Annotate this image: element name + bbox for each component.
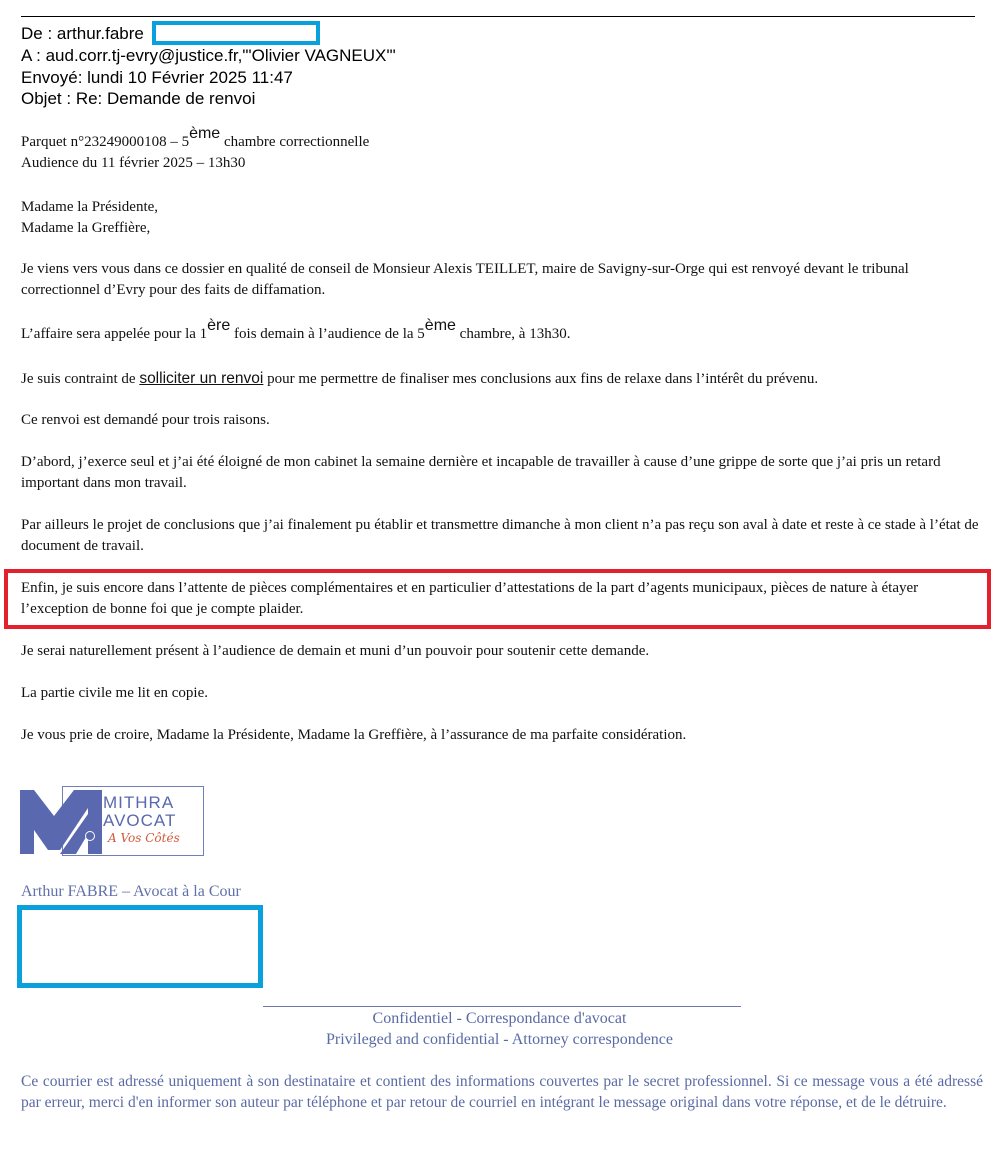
- case-number: Parquet n°23249000108 – 5: [21, 134, 189, 150]
- redaction-box-signature: [17, 905, 263, 988]
- paragraph-reason-3: Enfin, je suis encore dans l’attente de …: [21, 578, 981, 620]
- header-divider: [21, 16, 975, 17]
- paragraph-reason-1: D’abord, j’exerce seul et j’ai été éloig…: [21, 452, 981, 494]
- paragraph-reason-2: Par ailleurs le projet de conclusions qu…: [21, 515, 981, 557]
- confidential-notice-fr: Confidentiel - Correspondance d'avocat: [0, 1010, 999, 1028]
- paragraph-presence: Je serai naturellement présent à l’audie…: [21, 641, 981, 662]
- paragraph-reasons: Ce renvoi est demandé pour trois raisons…: [21, 410, 981, 431]
- ordinal-suffix: ème: [425, 317, 456, 334]
- logo-name-line-2: AVOCAT: [103, 812, 176, 830]
- text-segment: fois demain à l’audience de la 5: [230, 326, 425, 342]
- request-link[interactable]: solliciter un renvoi: [139, 370, 263, 387]
- email-from: De : arthur.fabre: [21, 23, 144, 45]
- email-sent: Envoyé: lundi 10 Février 2025 11:47: [21, 67, 293, 89]
- ma-monogram-icon: [20, 790, 104, 854]
- logo-tagline: A Vos Côtés: [108, 831, 180, 845]
- text-segment: L’affaire sera appelée pour la 1: [21, 326, 207, 342]
- subject-label: Objet :: [21, 89, 76, 108]
- ordinal-suffix: ème: [189, 125, 220, 142]
- redaction-box-from: [152, 21, 320, 45]
- from-label: De :: [21, 24, 57, 43]
- paragraph-hearing: L’affaire sera appelée pour la 1ère fois…: [21, 324, 981, 345]
- signature-name: Arthur FABRE – Avocat à la Cour: [21, 883, 241, 901]
- paragraph-closing: Je vous prie de croire, Madame la Présid…: [21, 725, 981, 746]
- from-value: arthur.fabre: [57, 24, 144, 43]
- paragraph-intro: Je viens vers vous dans ce dossier en qu…: [21, 259, 981, 301]
- to-label: A :: [21, 46, 46, 65]
- text-segment: Je suis contraint de: [21, 371, 139, 387]
- text-segment: chambre, à 13h30.: [456, 326, 571, 342]
- email-to: A : aud.corr.tj-evry@justice.fr,"'Olivie…: [21, 45, 396, 67]
- sent-label: Envoyé:: [21, 68, 87, 87]
- text-segment: pour me permettre de finaliser mes concl…: [263, 371, 818, 387]
- chamber-name: chambre correctionnelle: [220, 134, 369, 150]
- hearing-date: Audience du 11 février 2025 – 13h30: [21, 153, 981, 174]
- legal-disclaimer: Ce courrier est adressé uniquement à son…: [21, 1071, 983, 1113]
- to-value: aud.corr.tj-evry@justice.fr,"'Olivier VA…: [46, 46, 396, 65]
- salutation-line-2: Madame la Greffière,: [21, 218, 981, 239]
- logo-name-line-1: MITHRA: [103, 794, 174, 812]
- email-subject: Objet : Re: Demande de renvoi: [21, 88, 255, 110]
- mithra-avocat-logo: MITHRA AVOCAT A Vos Côtés: [20, 786, 205, 858]
- paragraph-copy: La partie civile me lit en copie.: [21, 683, 981, 704]
- subject-value: Re: Demande de renvoi: [76, 89, 256, 108]
- ordinal-suffix: ère: [207, 317, 230, 334]
- paragraph-request: Je suis contraint de solliciter un renvo…: [21, 368, 981, 390]
- salutation-line-1: Madame la Présidente,: [21, 197, 981, 218]
- case-reference: Parquet n°23249000108 – 5ème chambre cor…: [21, 132, 981, 153]
- confidential-notice-en: Privileged and confidential - Attorney c…: [0, 1031, 999, 1049]
- sent-value: lundi 10 Février 2025 11:47: [87, 68, 293, 87]
- footer-divider: [263, 1006, 741, 1007]
